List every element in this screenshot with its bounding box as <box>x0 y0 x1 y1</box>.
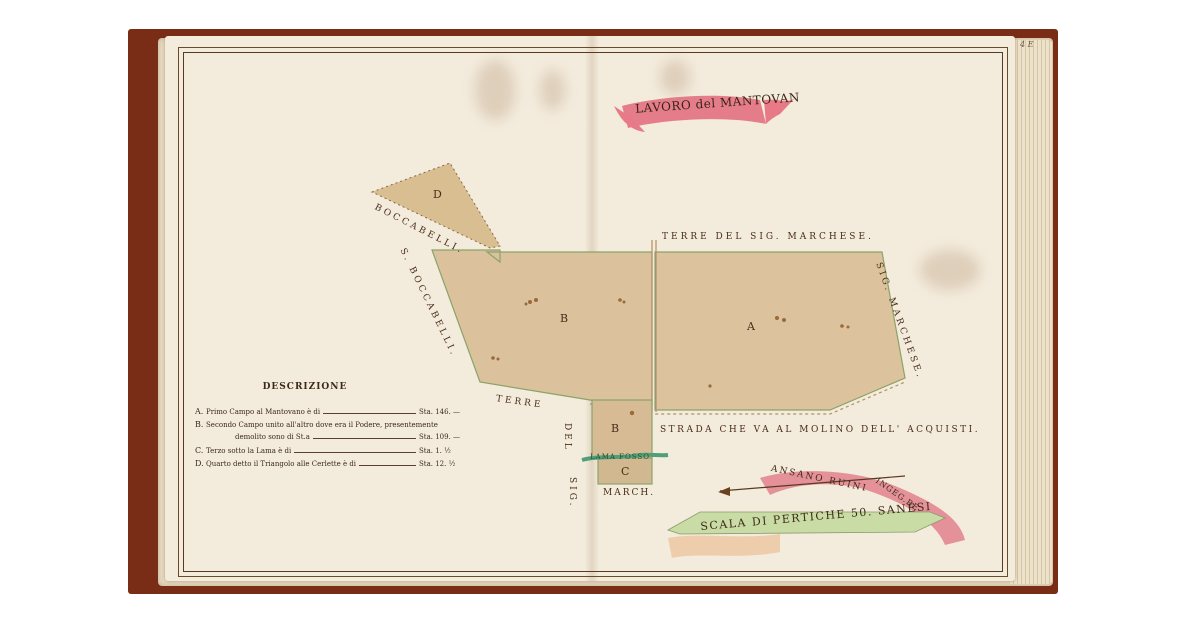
description-row: B. Secondo Campo unito all'altro dove er… <box>195 420 465 432</box>
field-b <box>432 250 652 405</box>
description-row: A. Primo Campo al Mantovano è di Sta. 14… <box>195 407 465 419</box>
description-row: demolito sono di St.a Sta. 109. — <box>195 433 465 445</box>
description-title: DESCRIZIONE <box>235 382 375 392</box>
label-sig: SIG. <box>567 477 577 508</box>
description-row: C. Terzo sotto la Lama è di Sta. 1. ½ <box>195 446 465 458</box>
label-lama-fosso: LAMA FOSSO <box>590 453 650 461</box>
field-label-b: B <box>560 312 568 325</box>
field-label-c: C <box>621 465 629 478</box>
description-row: D. Quarto detto il Triangolo alle Cerlet… <box>195 459 465 471</box>
field-a <box>655 252 905 410</box>
label-terre-marchese: TERRE DEL SIG. MARCHESE. <box>662 232 874 242</box>
label-strada: STRADA CHE VA AL MOLINO DELL' ACQUISTI. <box>660 425 980 435</box>
field-label-a: A <box>747 320 755 333</box>
field-label-d: D <box>433 188 442 201</box>
field-label-b2: B <box>611 422 619 435</box>
description-legend: DESCRIZIONE A. Primo Campo al Mantovano … <box>195 382 465 471</box>
map-drawing <box>0 0 1200 628</box>
label-del: DEL <box>562 423 572 452</box>
scale-ribbon-lower <box>668 534 780 558</box>
label-march: MARCH. <box>603 488 655 498</box>
field-b2 <box>592 400 652 458</box>
arrow-head <box>718 487 730 496</box>
